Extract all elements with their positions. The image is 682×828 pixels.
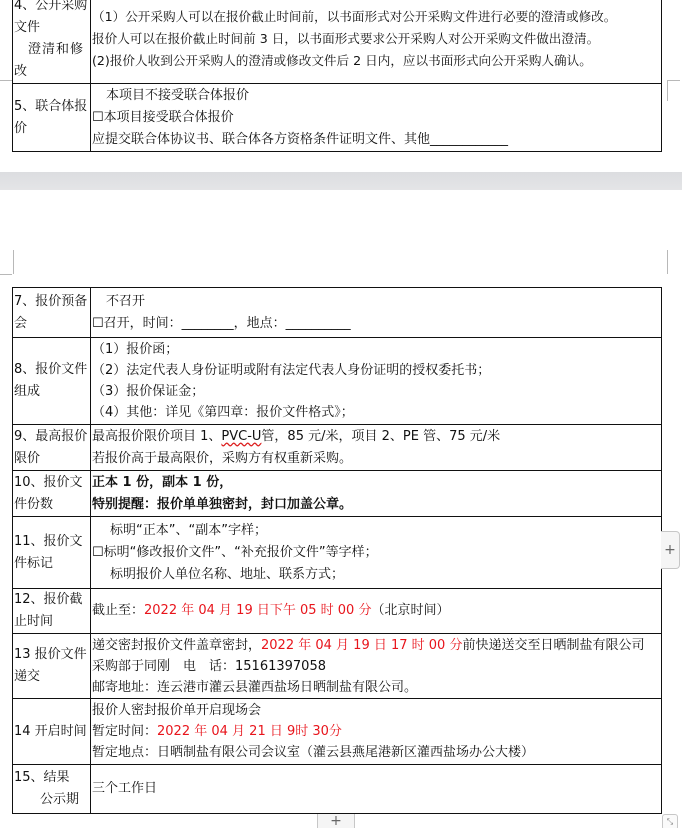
opening-meeting: 报价人密封报价单开启现场会 xyxy=(92,700,661,721)
margin-mark xyxy=(0,274,12,287)
row-label[interactable]: 7、报价预备 会 xyxy=(13,288,91,338)
margin-mark xyxy=(667,80,680,101)
label-line: 9、最高报价 xyxy=(14,426,90,448)
text: 递交密封报价文件盖章密封， xyxy=(92,638,261,653)
requirements-table-1: 4、公开采购 文件 澄清和修 改 （1）公开采购人可以在报价截止时间前，以书面形… xyxy=(12,0,662,152)
label-line: 14 开启时间 xyxy=(14,721,90,743)
requirements-table-2: 7、报价预备 会 不召开 ☐召开，时间：________，地点：________… xyxy=(12,287,662,814)
label-line: 8、报价文件 xyxy=(14,359,90,381)
row-value[interactable]: 不召开 ☐召开，时间：________，地点：__________ xyxy=(91,288,662,338)
opening-time: 暂定时间：2022 年 04 月 21 日 9时 30分 xyxy=(92,721,661,742)
table-row: 11、报价文 件标记 标明“正本”、“副本”字样； ☐标明“修改报价文件”、“补… xyxy=(13,517,662,589)
special-reminder: 特别提醒：报价单单独密封，封口加盖公章。 xyxy=(92,494,661,516)
checkbox-icon[interactable]: ☐ xyxy=(92,545,104,560)
label-line: 7、报价预备 xyxy=(14,291,90,313)
margin-mark xyxy=(0,80,12,93)
table-row: 5、联合体报 价 本项目不接受联合体报价 ☐本项目接受联合体报价 应提交联合体协… xyxy=(13,84,662,152)
label-line: 件份数 xyxy=(14,494,90,516)
label-line: 10、报价文 xyxy=(14,472,90,494)
table-row: 8、报价文件 组成 （1）报价函； （2）法定代表人身份证明或附有法定代表人身份… xyxy=(13,338,662,425)
meeting-option-yes[interactable]: ☐召开，时间：________，地点：__________ xyxy=(92,313,661,335)
text: 管，85 元/米，项目 2、PE 管、75 元/米 xyxy=(261,429,500,444)
document-item: （3）报价保证金； xyxy=(92,381,661,402)
margin-mark xyxy=(13,250,14,274)
deadline-timezone: （北京时间） xyxy=(371,603,449,618)
text: 前快递送交至日晒制盐有限公司 xyxy=(462,638,644,653)
label-line: 会 xyxy=(14,313,90,335)
label-line: 公示期 xyxy=(14,789,90,811)
clarification-line: （1）公开采购人可以在报价截止时间前，以书面形式对公开采购文件进行必要的澄清或修… xyxy=(92,6,661,28)
page-gap xyxy=(0,172,682,190)
checkbox-icon[interactable]: ☐ xyxy=(92,110,104,125)
label-line: 15、结果 xyxy=(14,767,90,789)
opening-datetime: 2022 年 04 月 21 日 9时 30分 xyxy=(157,724,342,739)
row-value[interactable]: 报价人密封报价单开启现场会 暂定时间：2022 年 04 月 21 日 9时 3… xyxy=(91,699,662,765)
consortium-option-no: 本项目不接受联合体报价 xyxy=(92,85,661,107)
checkbox-icon[interactable]: ☐ xyxy=(92,316,104,331)
marking-item[interactable]: ☐标明“修改报价文件”、“补充报价文件”等字样； xyxy=(92,542,661,564)
label-line: 5、联合体报 xyxy=(14,96,90,118)
publicity-period: 三个工作日 xyxy=(92,781,157,796)
label-line: 递交 xyxy=(14,666,90,688)
row-label[interactable]: 14 开启时间 xyxy=(13,699,91,765)
row-label[interactable]: 8、报价文件 组成 xyxy=(13,338,91,425)
consortium-option-yes[interactable]: ☐本项目接受联合体报价 xyxy=(92,107,661,129)
row-value[interactable]: 递交密封报价文件盖章密封，2022 年 04 月 19 日 17 时 00 分前… xyxy=(91,634,662,699)
table-row: 4、公开采购 文件 澄清和修 改 （1）公开采购人可以在报价截止时间前，以书面形… xyxy=(13,0,662,84)
label-line: 文件 xyxy=(14,17,90,39)
row-label[interactable]: 11、报价文 件标记 xyxy=(13,517,91,589)
submission-line: 递交密封报价文件盖章密封，2022 年 04 月 19 日 17 时 00 分前… xyxy=(92,635,661,656)
row-label[interactable]: 15、结果 公示期 xyxy=(13,765,91,814)
row-value[interactable]: 最高报价限价项目 1、PVC-U管，85 元/米，项目 2、PE 管、75 元/… xyxy=(91,425,662,471)
table-row: 12、报价截 止时间 截止至：2022 年 04 月 19 日下午 05 时 0… xyxy=(13,589,662,634)
deadline-datetime: 2022 年 04 月 19 日下午 05 时 00 分 xyxy=(144,603,371,618)
margin-mark xyxy=(667,250,668,274)
table-row: 10、报价文 件份数 正本 1 份，副本 1 份， 特别提醒：报价单单独密封，封… xyxy=(13,471,662,517)
price-limit-line: 最高报价限价项目 1、PVC-U管，85 元/米，项目 2、PE 管、75 元/… xyxy=(92,426,661,448)
submission-datetime: 2022 年 04 月 19 日 17 时 00 分 xyxy=(261,638,462,653)
text: 暂定时间： xyxy=(92,724,157,739)
table-resize-handle[interactable]: ⤡ xyxy=(662,814,678,828)
row-value[interactable]: （1）报价函； （2）法定代表人身份证明或附有法定代表人身份证明的授权委托书； … xyxy=(91,338,662,425)
table-row: 14 开启时间 报价人密封报价单开启现场会 暂定时间：2022 年 04 月 2… xyxy=(13,699,662,765)
text: 最高报价限价项目 1、 xyxy=(92,429,221,444)
row-label[interactable]: 5、联合体报 价 xyxy=(13,84,91,152)
row-value[interactable]: 本项目不接受联合体报价 ☐本项目接受联合体报价 应提交联合体协议书、联合体各方资… xyxy=(91,84,662,152)
deadline-prefix: 截止至： xyxy=(92,603,144,618)
table-row: 15、结果 公示期 三个工作日 xyxy=(13,765,662,814)
table-row: 7、报价预备 会 不召开 ☐召开，时间：________，地点：________… xyxy=(13,288,662,338)
copies-line: 正本 1 份，副本 1 份， xyxy=(92,472,661,494)
label-line: 13 报价文件 xyxy=(14,644,90,666)
row-value[interactable]: 截止至：2022 年 04 月 19 日下午 05 时 00 分（北京时间） xyxy=(91,589,662,634)
label-line: 组成 xyxy=(14,381,90,403)
mailing-address: 邮寄地址：连云港市灌云县灌西盐场日晒制盐有限公司。 xyxy=(92,677,661,698)
row-label[interactable]: 13 报价文件 递交 xyxy=(13,634,91,699)
contact-line: 采购部于同刚 电 话：15161397058 xyxy=(92,656,661,677)
opening-location: 暂定地点：日晒制盐有限公司会议室（灌云县燕尾港新区灌西盐场办公大楼） xyxy=(92,742,661,763)
clarification-line: 报价人可以在报价截止时间前 3 日，以书面形式要求公开采购人对公开采购文件做出澄… xyxy=(92,28,661,50)
marking-item: 标明“正本”、“副本”字样； xyxy=(92,520,661,542)
row-value[interactable]: 标明“正本”、“副本”字样； ☐标明“修改报价文件”、“补充报价文件”等字样； … xyxy=(91,517,662,589)
row-value[interactable]: （1）公开采购人可以在报价截止时间前，以书面形式对公开采购文件进行必要的澄清或修… xyxy=(91,0,662,84)
document-page-1: 4、公开采购 文件 澄清和修 改 （1）公开采购人可以在报价截止时间前，以书面形… xyxy=(0,0,682,172)
row-value[interactable]: 三个工作日 xyxy=(91,765,662,814)
label-line: 澄清和修 xyxy=(14,39,90,61)
document-item: （2）法定代表人身份证明或附有法定代表人身份证明的授权委托书； xyxy=(92,360,661,381)
row-label[interactable]: 12、报价截 止时间 xyxy=(13,589,91,634)
price-limit-note: 若报价高于最高限价，采购方有权重新采购。 xyxy=(92,448,661,470)
row-label[interactable]: 10、报价文 件份数 xyxy=(13,471,91,517)
row-label[interactable]: 9、最高报价 限价 xyxy=(13,425,91,471)
label-line: 限价 xyxy=(14,448,90,470)
meeting-option-no: 不召开 xyxy=(92,291,661,313)
document-item: （4）其他：详见《第四章：报价文件格式》； xyxy=(92,402,661,423)
option-label: 本项目接受联合体报价 xyxy=(104,110,234,125)
row-value[interactable]: 正本 1 份，副本 1 份， 特别提醒：报价单单独密封，封口加盖公章。 xyxy=(91,471,662,517)
label-line: 件标记 xyxy=(14,553,90,575)
marking-item: 标明报价人单位名称、地址、联系方式； xyxy=(92,564,661,586)
table-row: 9、最高报价 限价 最高报价限价项目 1、PVC-U管，85 元/米，项目 2、… xyxy=(13,425,662,471)
option-label: 召开，时间：________，地点：__________ xyxy=(104,316,351,331)
label-line: 4、公开采购 xyxy=(14,0,90,17)
label-line: 改 xyxy=(14,61,90,83)
row-label[interactable]: 4、公开采购 文件 澄清和修 改 xyxy=(13,0,91,84)
add-row-button[interactable]: + xyxy=(317,814,355,828)
table-row: 13 报价文件 递交 递交密封报价文件盖章密封，2022 年 04 月 19 日… xyxy=(13,634,662,699)
option-label: 标明“修改报价文件”、“补充报价文件”等字样； xyxy=(104,545,378,560)
spellcheck-word[interactable]: PVC-U xyxy=(221,429,261,444)
consortium-docs-line: 应提交联合体协议书、联合体各方资格条件证明文件、其他____________ xyxy=(92,129,661,151)
document-page-2: 7、报价预备 会 不召开 ☐召开，时间：________，地点：________… xyxy=(0,190,682,828)
label-line: 11、报价文 xyxy=(14,531,90,553)
document-item: （1）报价函； xyxy=(92,339,661,360)
label-line: 12、报价截 xyxy=(14,589,90,611)
add-column-button[interactable]: + xyxy=(661,531,680,569)
label-line: 价 xyxy=(14,118,90,140)
label-line: 止时间 xyxy=(14,611,90,633)
clarification-line: (2)报价人收到公开采购人的澄清或修改文件后 2 日内，应以书面形式向公开采购人… xyxy=(92,50,661,72)
